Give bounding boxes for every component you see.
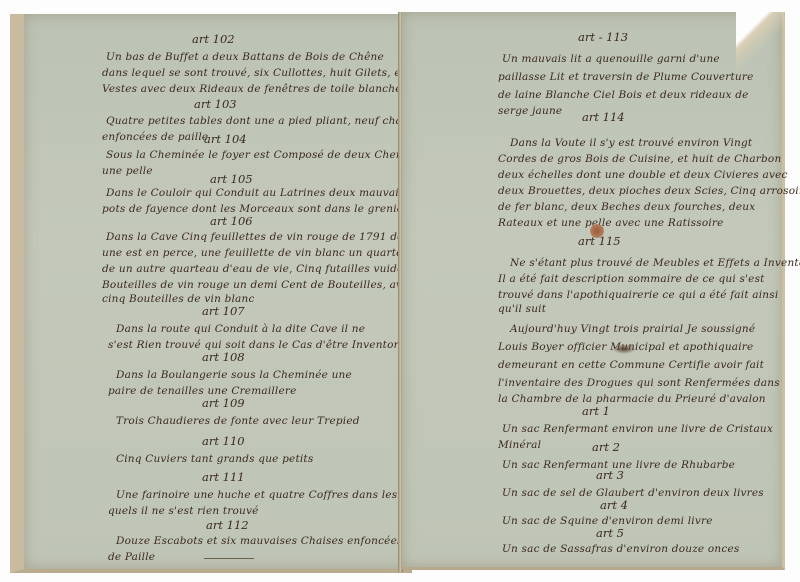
article-heading: art 5: [596, 526, 624, 540]
ink-blot: [612, 344, 636, 354]
text-line: Douze Escabots et six mauvaises Chaises …: [116, 534, 403, 548]
right-page: art - 113 Un mauvais lit a quenouille ga…: [402, 12, 785, 570]
text-line: une est en perce, une feuillette de vin …: [102, 246, 416, 260]
manuscript-spread: art 102 Un bas de Buffet a deux Battans …: [0, 0, 800, 582]
text-line: de fer blanc, deux Beches deux fourches,…: [498, 200, 755, 214]
text-line: Sous la Cheminée le foyer est Composé de…: [106, 148, 434, 162]
text-line: de un autre quarteau d'eau de vie, Cinq …: [102, 262, 403, 276]
text-line: Minéral: [498, 438, 541, 452]
text-line: enfoncées de paille: [102, 130, 208, 144]
text-line: pots de fayence dont les Morceaux sont d…: [102, 202, 408, 216]
article-heading: art 114: [582, 110, 625, 124]
text-line: Un sac Renfermant environ une livre de C…: [502, 422, 773, 436]
text-line: trouvé dans l'apothiquairerie ce qui a é…: [498, 288, 778, 302]
text-line: Un sac de Sassafras d'environ douze once…: [502, 542, 739, 556]
left-page-text: art 102 Un bas de Buffet a deux Battans …: [24, 14, 412, 569]
text-line: Trois Chaudieres de fonte avec leur Trep…: [116, 414, 360, 428]
article-heading: art 110: [202, 434, 245, 448]
article-heading: art - 113: [578, 30, 628, 44]
text-line: la Chambre de la pharmacie du Prieuré d'…: [498, 392, 766, 406]
text-line: paillasse Lit et traversin de Plume Couv…: [498, 70, 753, 84]
text-line: s'est Rien trouvé qui soit dans le Cas d…: [108, 338, 409, 352]
text-line: Il a été fait description sommaire de ce…: [498, 272, 765, 286]
text-line: Quatre petites tables dont une a pied pl…: [106, 114, 423, 128]
article-heading: art 115: [578, 234, 621, 248]
article-heading: art 109: [202, 396, 245, 410]
article-heading: art 4: [600, 498, 628, 512]
text-line: Dans la Boulangerie sous la Cheminée une: [116, 368, 352, 382]
text-line: Une farinoire une huche et quatre Coffre…: [116, 488, 397, 502]
article-heading: art 111: [202, 470, 245, 484]
left-page: art 102 Un bas de Buffet a deux Battans …: [10, 14, 412, 573]
text-line: de Paille: [108, 550, 155, 564]
article-heading: art 3: [596, 468, 624, 482]
text-line: qu'il suit: [498, 302, 546, 316]
right-page-text: art - 113 Un mauvais lit a quenouille ga…: [402, 12, 782, 567]
text-line: une pelle: [102, 164, 153, 178]
text-line: Rateaux et une pelle avec une Ratissoire: [498, 216, 724, 230]
text-line: Un mauvais lit a quenouille garni d'une: [502, 52, 720, 66]
article-heading: art 105: [210, 172, 253, 186]
article-heading: art 112: [206, 518, 249, 532]
text-line: Dans le Couloir qui Conduit au Latrines …: [106, 186, 416, 200]
text-line: Dans la Voute il s'y est trouvé environ …: [510, 136, 752, 150]
text-line: Dans la Cave Cinq feuillettes de vin rou…: [106, 230, 415, 244]
text-line: Dans la route qui Conduit à la dite Cave…: [116, 322, 365, 336]
text-line: demeurant en cette Commune Certifie avoi…: [498, 358, 764, 372]
text-line: de laine Blanche Ciel Bois et deux ridea…: [498, 88, 749, 102]
text-line: l'inventaire des Drogues qui sont Renfer…: [498, 376, 780, 390]
text-line: Un bas de Buffet a deux Battans de Bois …: [106, 50, 384, 64]
article-heading: art 2: [592, 440, 620, 454]
article-heading: art 104: [204, 132, 247, 146]
article-heading: art 107: [202, 304, 245, 318]
article-heading: art 103: [194, 97, 237, 111]
text-line: Ne s'étant plus trouvé de Meubles et Eff…: [510, 256, 800, 270]
article-heading: art 108: [202, 350, 245, 364]
text-line: Cordes de gros Bois de Cuisine, et huit …: [498, 152, 781, 166]
text-line: deux Brouettes, deux pioches deux Scies,…: [498, 184, 800, 198]
text-line: dans lequel se sont trouvé, six Cullotte…: [102, 66, 424, 80]
article-heading: art 1: [582, 404, 610, 418]
text-line: Vestes avec deux Rideaux de fenêtres de …: [102, 82, 402, 96]
text-line: Aujourd'huy Vingt trois prairial Je sous…: [510, 322, 755, 336]
text-line: quels il ne s'est rien trouvé: [108, 504, 259, 518]
text-line: serge jaune: [498, 104, 562, 118]
text-line: Un sac de sel de Glaubert d'environ deux…: [502, 486, 764, 500]
article-heading: art 102: [192, 32, 235, 46]
text-line: deux échelles dont une double et deux Ci…: [498, 168, 788, 182]
text-line: Cinq Cuviers tant grands que petits: [116, 452, 313, 466]
closing-flourish: [204, 558, 254, 559]
article-heading: art 106: [210, 214, 253, 228]
